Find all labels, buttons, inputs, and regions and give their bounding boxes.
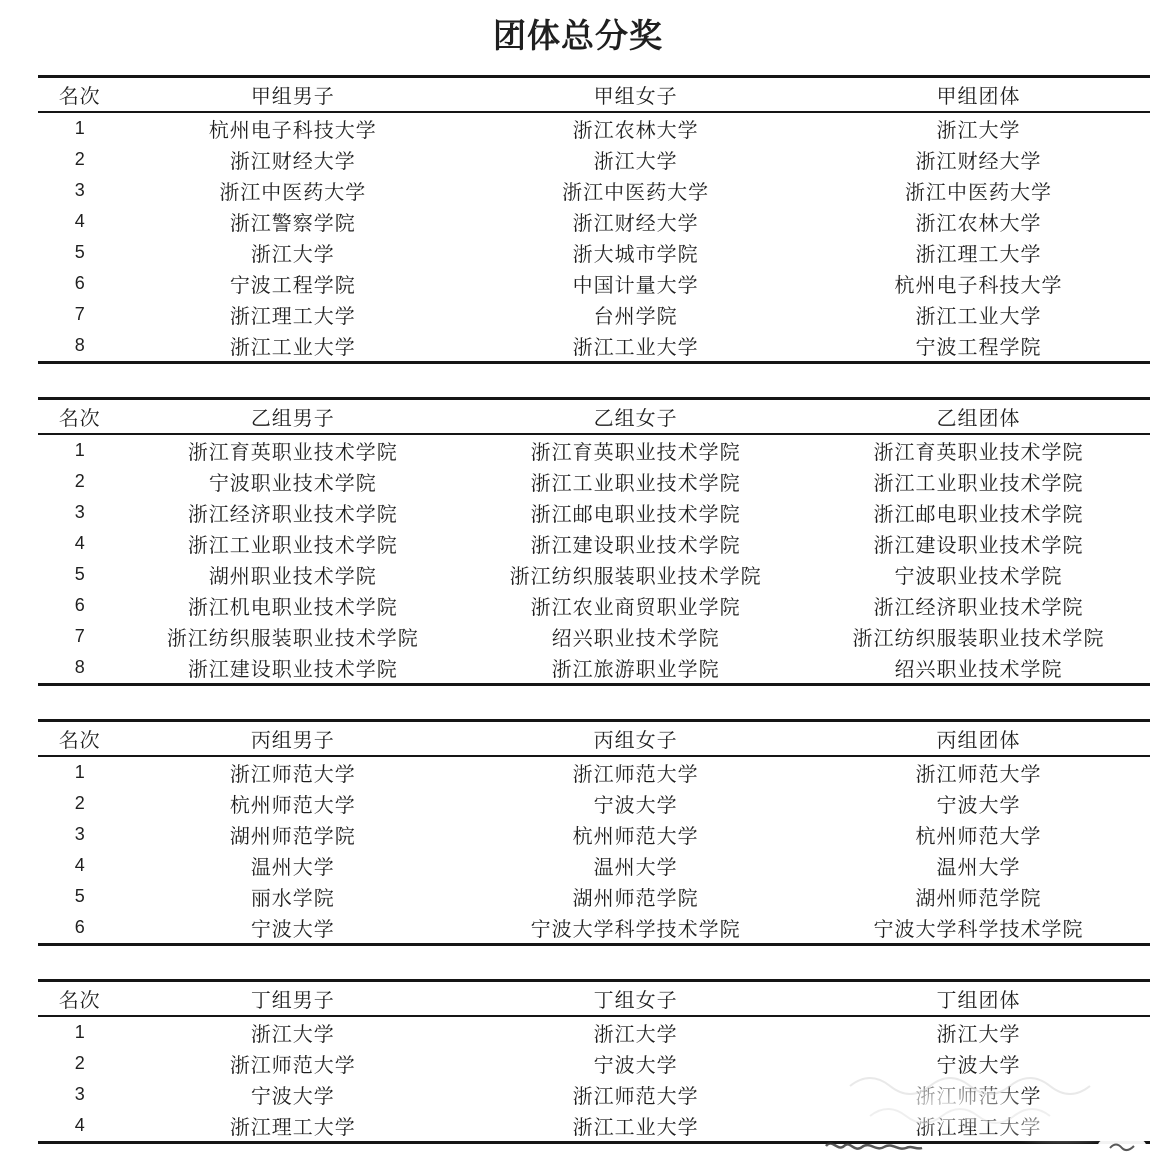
school-cell: 浙江警察学院 (121, 206, 464, 237)
school-cell: 绍兴职业技术学院 (464, 621, 807, 652)
school-cell: 温州大学 (464, 850, 807, 881)
school-cell: 浙江工业大学 (121, 330, 464, 363)
school-cell: 浙江中医药大学 (464, 175, 807, 206)
school-cell: 浙江大学 (807, 112, 1150, 144)
award-table-4: 名次丁组男子丁组女子丁组团体1浙江大学浙江大学浙江大学2浙江师范大学宁波大学宁波… (38, 979, 1150, 1144)
rank-cell: 5 (38, 237, 121, 268)
school-cell: 浙江财经大学 (464, 206, 807, 237)
rank-cell: 2 (38, 144, 121, 175)
school-cell: 浙江大学 (121, 1016, 464, 1048)
school-cell: 宁波大学科学技术学院 (807, 912, 1150, 945)
school-cell: 浙江师范大学 (121, 1048, 464, 1079)
table-row: 6浙江机电职业技术学院浙江农业商贸职业学院浙江经济职业技术学院 (38, 590, 1150, 621)
rank-cell: 1 (38, 1016, 121, 1048)
school-cell: 绍兴职业技术学院 (807, 652, 1150, 685)
school-cell: 浙江财经大学 (807, 144, 1150, 175)
school-cell: 宁波工程学院 (807, 330, 1150, 363)
school-cell: 杭州师范大学 (121, 788, 464, 819)
award-table-2: 名次乙组男子乙组女子乙组团体1浙江育英职业技术学院浙江育英职业技术学院浙江育英职… (38, 397, 1150, 686)
school-cell: 浙江建设职业技术学院 (464, 528, 807, 559)
school-cell: 浙江理工大学 (121, 1110, 464, 1143)
school-cell: 宁波职业技术学院 (807, 559, 1150, 590)
table-row: 3湖州师范学院杭州师范大学杭州师范大学 (38, 819, 1150, 850)
school-cell: 宁波大学 (807, 1048, 1150, 1079)
rank-cell: 3 (38, 497, 121, 528)
school-cell: 浙江财经大学 (121, 144, 464, 175)
table-row: 1浙江大学浙江大学浙江大学 (38, 1016, 1150, 1048)
rank-cell: 5 (38, 881, 121, 912)
school-cell: 浙江旅游职业学院 (464, 652, 807, 685)
school-cell: 浙江中医药大学 (807, 175, 1150, 206)
school-cell: 浙江经济职业技术学院 (807, 590, 1150, 621)
rank-cell: 1 (38, 756, 121, 788)
school-cell: 浙江纺织服装职业技术学院 (807, 621, 1150, 652)
school-cell: 杭州师范大学 (807, 819, 1150, 850)
rank-cell: 8 (38, 652, 121, 685)
rank-cell: 4 (38, 850, 121, 881)
school-cell: 杭州电子科技大学 (807, 268, 1150, 299)
group-header: 甲组女子 (464, 77, 807, 113)
table-row: 7浙江纺织服装职业技术学院绍兴职业技术学院浙江纺织服装职业技术学院 (38, 621, 1150, 652)
school-cell: 浙江理工大学 (807, 237, 1150, 268)
table-row: 6宁波工程学院中国计量大学杭州电子科技大学 (38, 268, 1150, 299)
school-cell: 浙大城市学院 (464, 237, 807, 268)
header-row: 名次丁组男子丁组女子丁组团体 (38, 981, 1150, 1017)
school-cell: 浙江纺织服装职业技术学院 (121, 621, 464, 652)
table-row: 8浙江工业大学浙江工业大学宁波工程学院 (38, 330, 1150, 363)
school-cell: 湖州职业技术学院 (121, 559, 464, 590)
table-row: 1杭州电子科技大学浙江农林大学浙江大学 (38, 112, 1150, 144)
table-row: 2杭州师范大学宁波大学宁波大学 (38, 788, 1150, 819)
table-row: 5丽水学院湖州师范学院湖州师范学院 (38, 881, 1150, 912)
school-cell: 丽水学院 (121, 881, 464, 912)
school-cell: 湖州师范学院 (121, 819, 464, 850)
rank-cell: 7 (38, 299, 121, 330)
group-header: 乙组男子 (121, 399, 464, 435)
rank-cell: 5 (38, 559, 121, 590)
rank-cell: 6 (38, 912, 121, 945)
school-cell: 湖州师范学院 (807, 881, 1150, 912)
table-row: 3浙江经济职业技术学院浙江邮电职业技术学院浙江邮电职业技术学院 (38, 497, 1150, 528)
school-cell: 浙江大学 (121, 237, 464, 268)
group-header: 丙组女子 (464, 721, 807, 757)
table-row: 1浙江师范大学浙江师范大学浙江师范大学 (38, 756, 1150, 788)
table-row: 5湖州职业技术学院浙江纺织服装职业技术学院宁波职业技术学院 (38, 559, 1150, 590)
school-cell: 浙江经济职业技术学院 (121, 497, 464, 528)
school-cell: 宁波大学 (121, 912, 464, 945)
school-cell: 浙江工业大学 (464, 1110, 807, 1143)
school-cell: 浙江大学 (464, 144, 807, 175)
table-row: 1浙江育英职业技术学院浙江育英职业技术学院浙江育英职业技术学院 (38, 434, 1150, 466)
table-row: 4温州大学温州大学温州大学 (38, 850, 1150, 881)
school-cell: 浙江育英职业技术学院 (464, 434, 807, 466)
table-row: 3宁波大学浙江师范大学浙江师范大学 (38, 1079, 1150, 1110)
table-row: 8浙江建设职业技术学院浙江旅游职业学院绍兴职业技术学院 (38, 652, 1150, 685)
group-header: 丁组女子 (464, 981, 807, 1017)
group-header: 乙组团体 (807, 399, 1150, 435)
school-cell: 浙江工业大学 (807, 299, 1150, 330)
table-row: 4浙江警察学院浙江财经大学浙江农林大学 (38, 206, 1150, 237)
table-row: 7浙江理工大学台州学院浙江工业大学 (38, 299, 1150, 330)
group-header: 丙组团体 (807, 721, 1150, 757)
rank-header: 名次 (38, 399, 121, 435)
school-cell: 宁波大学 (121, 1079, 464, 1110)
rank-cell: 8 (38, 330, 121, 363)
school-cell: 杭州师范大学 (464, 819, 807, 850)
school-cell: 浙江育英职业技术学院 (807, 434, 1150, 466)
rank-header: 名次 (38, 981, 121, 1017)
school-cell: 浙江机电职业技术学院 (121, 590, 464, 621)
award-table-1: 名次甲组男子甲组女子甲组团体1杭州电子科技大学浙江农林大学浙江大学2浙江财经大学… (38, 75, 1150, 364)
school-cell: 浙江邮电职业技术学院 (807, 497, 1150, 528)
table-row: 6宁波大学宁波大学科学技术学院宁波大学科学技术学院 (38, 912, 1150, 945)
header-row: 名次甲组男子甲组女子甲组团体 (38, 77, 1150, 113)
school-cell: 宁波大学 (464, 788, 807, 819)
school-cell: 浙江大学 (807, 1016, 1150, 1048)
school-cell: 浙江大学 (464, 1016, 807, 1048)
page-title: 团体总分奖 (0, 0, 1156, 58)
table-row: 2宁波职业技术学院浙江工业职业技术学院浙江工业职业技术学院 (38, 466, 1150, 497)
school-cell: 杭州电子科技大学 (121, 112, 464, 144)
school-cell: 浙江理工大学 (807, 1110, 1150, 1143)
school-cell: 浙江中医药大学 (121, 175, 464, 206)
page: { "title": "团体总分奖", "sections": [ { "hea… (0, 0, 1156, 1159)
rank-cell: 6 (38, 268, 121, 299)
school-cell: 浙江育英职业技术学院 (121, 434, 464, 466)
school-cell: 台州学院 (464, 299, 807, 330)
school-cell: 浙江工业职业技术学院 (121, 528, 464, 559)
school-cell: 湖州师范学院 (464, 881, 807, 912)
school-cell: 宁波工程学院 (121, 268, 464, 299)
school-cell: 浙江农林大学 (464, 112, 807, 144)
school-cell: 浙江工业职业技术学院 (807, 466, 1150, 497)
school-cell: 浙江纺织服装职业技术学院 (464, 559, 807, 590)
rank-cell: 4 (38, 206, 121, 237)
rank-cell: 4 (38, 528, 121, 559)
rank-header: 名次 (38, 721, 121, 757)
table-row: 2浙江财经大学浙江大学浙江财经大学 (38, 144, 1150, 175)
header-row: 名次乙组男子乙组女子乙组团体 (38, 399, 1150, 435)
school-cell: 浙江农业商贸职业学院 (464, 590, 807, 621)
school-cell: 宁波大学科学技术学院 (464, 912, 807, 945)
school-cell: 浙江师范大学 (464, 1079, 807, 1110)
header-row: 名次丙组男子丙组女子丙组团体 (38, 721, 1150, 757)
rank-cell: 1 (38, 434, 121, 466)
school-cell: 浙江农林大学 (807, 206, 1150, 237)
table-row: 4浙江工业职业技术学院浙江建设职业技术学院浙江建设职业技术学院 (38, 528, 1150, 559)
tables-container: 名次甲组男子甲组女子甲组团体1杭州电子科技大学浙江农林大学浙江大学2浙江财经大学… (0, 75, 1156, 1144)
school-cell: 浙江理工大学 (121, 299, 464, 330)
table-row: 5浙江大学浙大城市学院浙江理工大学 (38, 237, 1150, 268)
rank-header: 名次 (38, 77, 121, 113)
rank-cell: 2 (38, 788, 121, 819)
school-cell: 浙江建设职业技术学院 (807, 528, 1150, 559)
group-header: 甲组男子 (121, 77, 464, 113)
group-header: 丙组男子 (121, 721, 464, 757)
group-header: 甲组团体 (807, 77, 1150, 113)
school-cell: 宁波大学 (464, 1048, 807, 1079)
school-cell: 宁波职业技术学院 (121, 466, 464, 497)
school-cell: 浙江师范大学 (121, 756, 464, 788)
group-header: 丁组团体 (807, 981, 1150, 1017)
group-header: 丁组男子 (121, 981, 464, 1017)
rank-cell: 2 (38, 1048, 121, 1079)
rank-cell: 3 (38, 1079, 121, 1110)
school-cell: 浙江师范大学 (807, 756, 1150, 788)
school-cell: 浙江工业大学 (464, 330, 807, 363)
school-cell: 中国计量大学 (464, 268, 807, 299)
rank-cell: 3 (38, 175, 121, 206)
school-cell: 温州大学 (121, 850, 464, 881)
table-row: 3浙江中医药大学浙江中医药大学浙江中医药大学 (38, 175, 1150, 206)
rank-cell: 7 (38, 621, 121, 652)
school-cell: 浙江师范大学 (464, 756, 807, 788)
rank-cell: 4 (38, 1110, 121, 1143)
school-cell: 浙江建设职业技术学院 (121, 652, 464, 685)
school-cell: 浙江师范大学 (807, 1079, 1150, 1110)
table-row: 2浙江师范大学宁波大学宁波大学 (38, 1048, 1150, 1079)
rank-cell: 3 (38, 819, 121, 850)
table-row: 4浙江理工大学浙江工业大学浙江理工大学 (38, 1110, 1150, 1143)
school-cell: 浙江邮电职业技术学院 (464, 497, 807, 528)
school-cell: 浙江工业职业技术学院 (464, 466, 807, 497)
rank-cell: 6 (38, 590, 121, 621)
rank-cell: 2 (38, 466, 121, 497)
school-cell: 温州大学 (807, 850, 1150, 881)
award-table-3: 名次丙组男子丙组女子丙组团体1浙江师范大学浙江师范大学浙江师范大学2杭州师范大学… (38, 719, 1150, 946)
rank-cell: 1 (38, 112, 121, 144)
school-cell: 宁波大学 (807, 788, 1150, 819)
group-header: 乙组女子 (464, 399, 807, 435)
